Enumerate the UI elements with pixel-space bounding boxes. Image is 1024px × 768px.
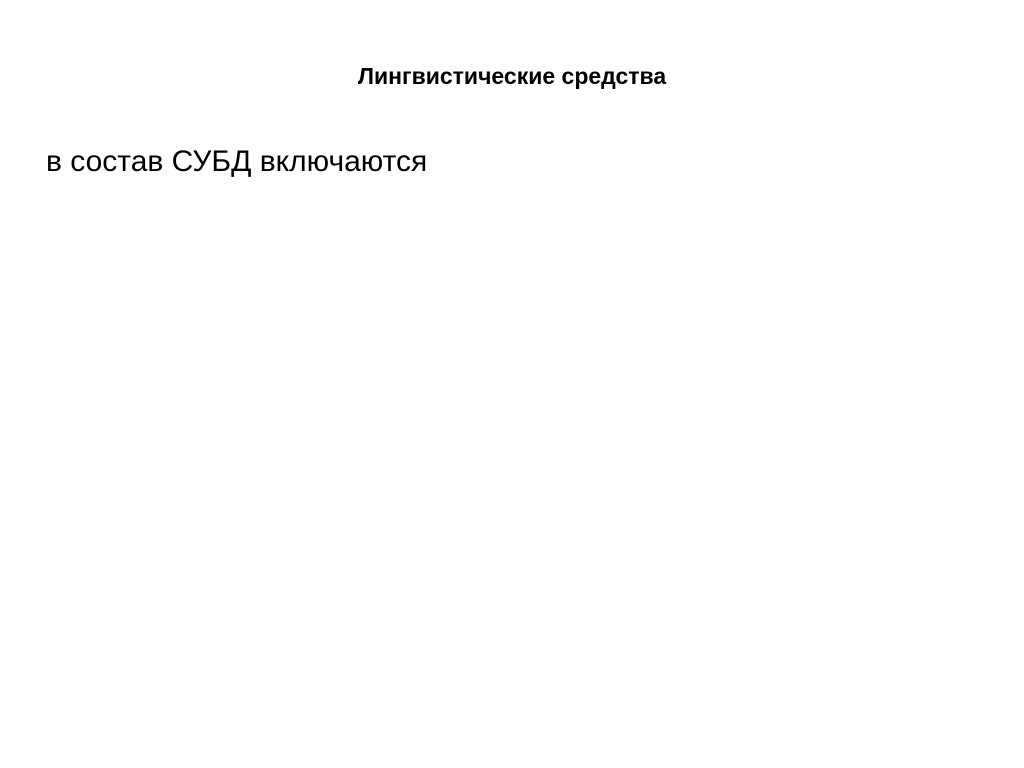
slide: Лингвистические средства в состав СУБД в…	[0, 0, 1024, 768]
slide-body-text: в состав СУБД включаются	[46, 141, 427, 183]
slide-title: Лингвистические средства	[0, 59, 1024, 93]
